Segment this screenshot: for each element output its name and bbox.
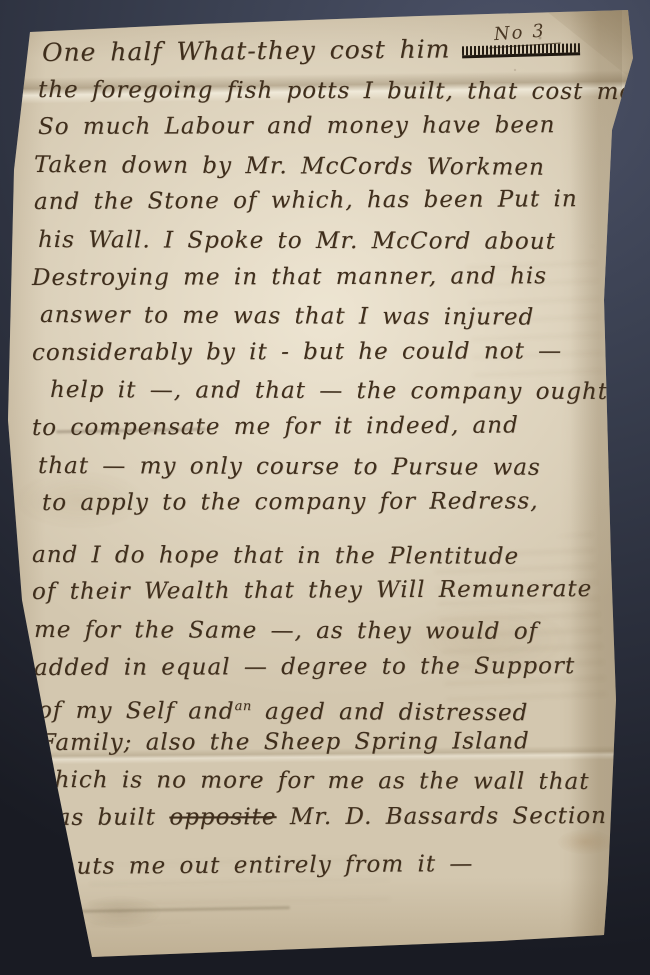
handwritten-line: his Wall. I Spoke to Mr. McCord about: [38, 222, 622, 262]
handwritten-line: the foregoing fish potts I built, that c…: [38, 72, 622, 112]
handwritten-line: answer to me was that I was injured: [40, 297, 622, 338]
handwritten-line: and the Stone of which, has been Put in: [34, 181, 622, 222]
scratched-out-word: [462, 43, 580, 58]
handwritten-line: of my Self andan aged and distressed: [38, 687, 622, 728]
photo-of-letter: { "scene": { "background_color": "#3b415…: [0, 0, 650, 975]
inserted-superscript-word: an: [235, 699, 252, 714]
handwritten-line: to apply to the company for Redress,: [42, 483, 622, 523]
handwritten-line: that — my only course to Pursue was: [38, 448, 622, 488]
handwritten-line: Shuts me out entirely from it —: [44, 845, 622, 887]
handwritten-line: Family; also the Sheep Spring Island: [40, 723, 622, 763]
handwritten-line: Destroying me in that manner, and his: [32, 258, 622, 298]
handwritten-line: of their Wealth that they Will Remunerat…: [32, 571, 622, 612]
struck-through-word: opposite: [169, 804, 276, 830]
handwritten-line: added in equal — degree to the Support: [34, 647, 622, 687]
handwritten-line: One half What-they cost him: [42, 29, 622, 72]
handwritten-line: considerably by it - but he could not —: [32, 333, 622, 373]
handwritten-line: was built opposite Mr. D. Bassards Secti…: [36, 798, 622, 838]
letter-paper: No 3 One half What-they cost himthe fore…: [0, 0, 650, 975]
handwritten-line: help it —, and that — the company ought …: [50, 372, 622, 412]
handwritten-line: to compensate me for it indeed, and: [32, 407, 622, 448]
letter-text: One half What-they cost himthe foregoing…: [32, 34, 622, 887]
handwritten-line: So much Labour and money have been: [38, 107, 622, 147]
handwritten-line: which is no more for me as the wall that: [34, 762, 622, 802]
handwritten-line: me for the Same —, as they would of: [34, 612, 622, 652]
